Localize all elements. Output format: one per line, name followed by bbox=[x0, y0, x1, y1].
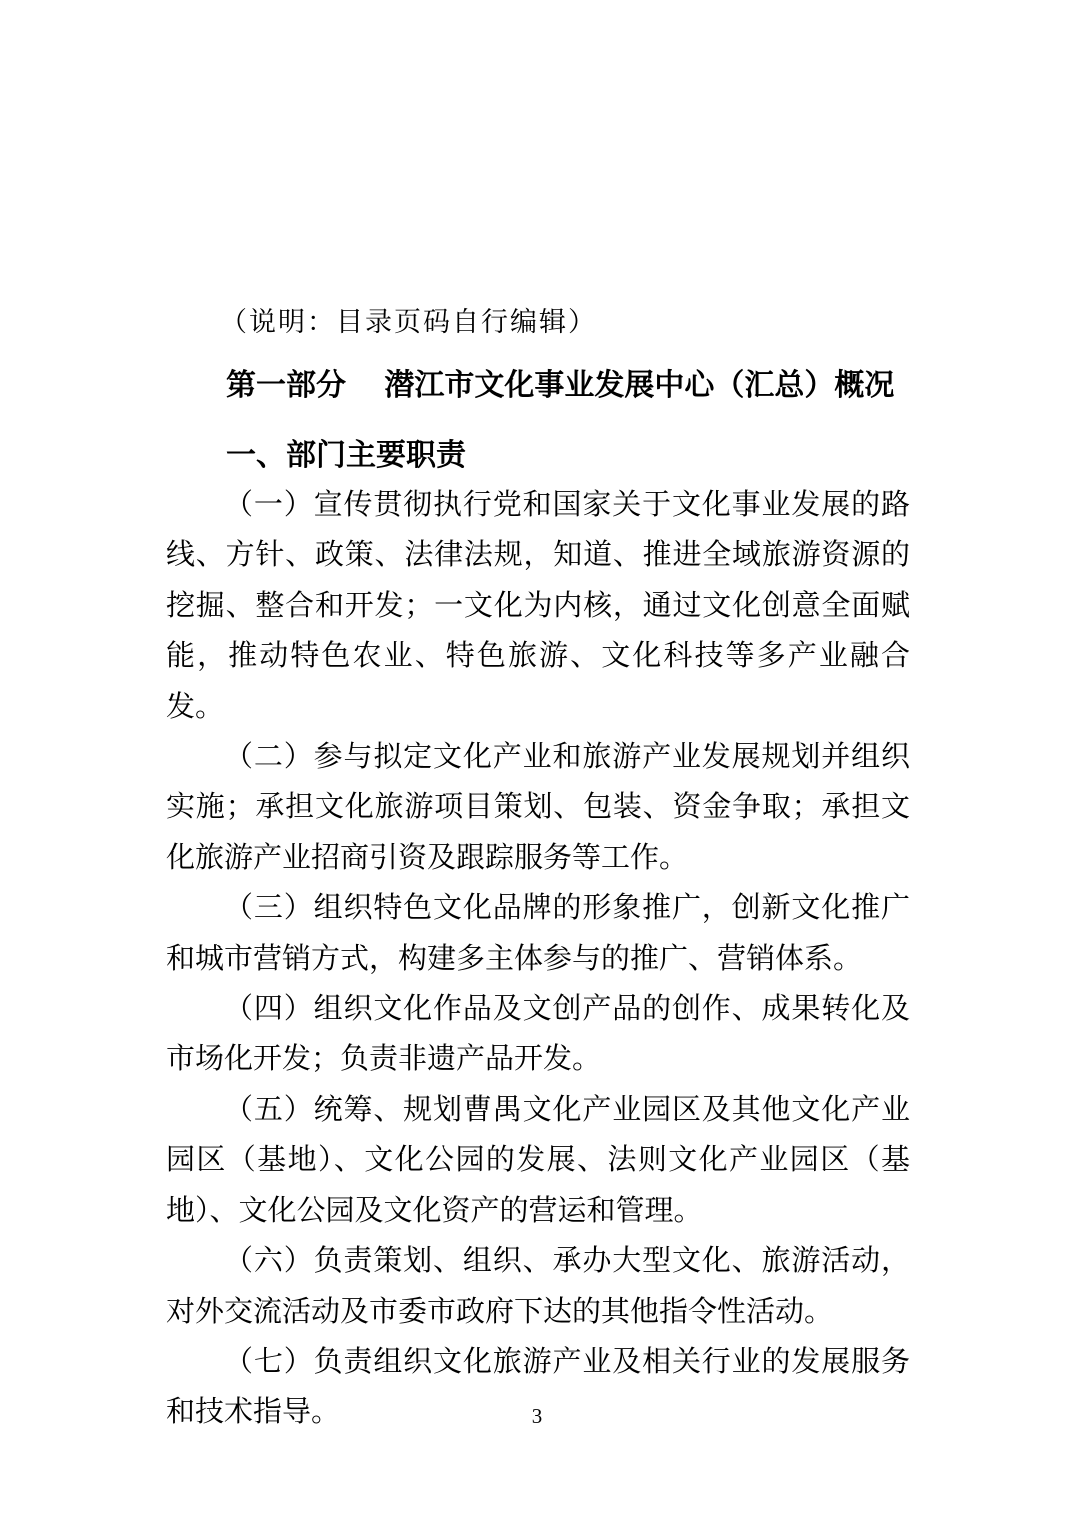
body-paragraph: （三）组织特色文化品牌的形象推广，创新文化推广和城市营销方式，构建多主体参与的推… bbox=[166, 883, 910, 984]
body-paragraph: （一）宣传贯彻执行党和国家关于文化事业发展的路线、方针、政策、法律法规，知道、推… bbox=[166, 480, 910, 732]
paragraph-list: （一）宣传贯彻执行党和国家关于文化事业发展的路线、方针、政策、法律法规，知道、推… bbox=[166, 480, 910, 1438]
body-paragraph: （六）负责策划、组织、承办大型文化、旅游活动，对外交流活动及市委市政府下达的其他… bbox=[166, 1236, 910, 1337]
section-heading: 一、部门主要职责 bbox=[166, 434, 910, 478]
body-paragraph: （四）组织文化作品及文创产品的创作、成果转化及市场化开发；负责非遗产品开发。 bbox=[166, 984, 910, 1085]
document-page: （说明：目录页码自行编辑） 第一部分 潜江市文化事业发展中心（汇总）概况 一、部… bbox=[0, 0, 1074, 1520]
toc-note-line: （说明：目录页码自行编辑） bbox=[166, 300, 910, 344]
part-heading: 第一部分 潜江市文化事业发展中心（汇总）概况 bbox=[166, 364, 910, 408]
body-paragraph: （五）统筹、规划曹禺文化产业园区及其他文化产业园区（基地）、文化公园的发展、法则… bbox=[166, 1085, 910, 1236]
body-paragraph: （二）参与拟定文化产业和旅游产业发展规划并组织实施；承担文化旅游项目策划、包装、… bbox=[166, 732, 910, 883]
page-number: 3 bbox=[0, 1402, 1074, 1430]
document-content: （说明：目录页码自行编辑） 第一部分 潜江市文化事业发展中心（汇总）概况 一、部… bbox=[166, 300, 910, 1438]
